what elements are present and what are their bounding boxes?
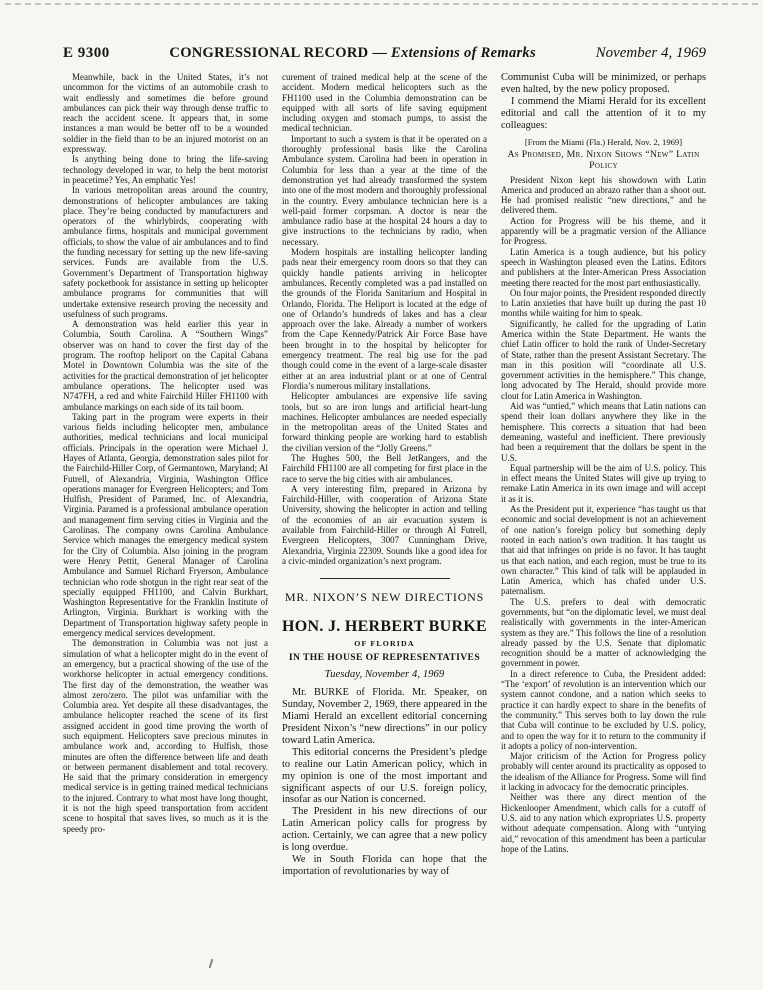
paragraph: Major criticism of the Action for Progre…	[501, 751, 706, 792]
paragraph: A demonstration was held earlier this ye…	[63, 319, 268, 412]
editorial-headline: As Promised, Mr. Nixon Shows “New” Latin…	[507, 149, 700, 171]
paragraph: I commend the Miami Herald for its excel…	[501, 96, 706, 132]
column-1: Meanwhile, back in the United States, it…	[63, 72, 268, 834]
paragraph: President Nixon kept his showdown with L…	[501, 175, 706, 216]
article-heading: MR. NIXON’S NEW DIRECTIONS	[282, 590, 487, 605]
paragraph: In various metropolitan areas around the…	[63, 185, 268, 319]
helicopter-article-continued: curement of trained medical help at the …	[282, 72, 487, 566]
section-title: Extensions of Remarks	[391, 45, 536, 61]
scan-artifact-mark	[209, 959, 214, 968]
sitting-date: Tuesday, November 4, 1969	[282, 668, 487, 680]
burke-statement-continued: Communist Cuba will be minimized, or per…	[501, 72, 706, 132]
congressional-record-page: E 9300 CONGRESSIONAL RECORD — Extensions…	[0, 0, 763, 990]
paragraph: We in South Florida can hope that the im…	[282, 854, 487, 878]
masthead-dash: —	[368, 45, 391, 61]
scan-artifact-dashed-line	[5, 3, 758, 5]
paragraph: Latin America is a tough audience, but h…	[501, 247, 706, 288]
paragraph: curement of trained medical help at the …	[282, 72, 487, 134]
paragraph: Important to such a system is that it be…	[282, 134, 487, 247]
column-3: Communist Cuba will be minimized, or per…	[501, 72, 706, 854]
record-title: CONGRESSIONAL RECORD	[169, 45, 368, 61]
speaker-state: OF FLORIDA	[282, 639, 487, 648]
paragraph: Neither was there any direct mention of …	[501, 792, 706, 854]
paragraph: Mr. BURKE of Florida. Mr. Speaker, on Su…	[282, 687, 487, 747]
paragraph: The U.S. prefers to deal with democratic…	[501, 597, 706, 669]
paragraph: Taking part in the program were experts …	[63, 412, 268, 639]
chamber-line: IN THE HOUSE OF REPRESENTATIVES	[282, 652, 487, 663]
article-divider-rule	[320, 578, 450, 579]
paragraph: The demonstration in Columbia was not ju…	[63, 638, 268, 834]
speaker-name: HON. J. HERBERT BURKE	[282, 618, 487, 636]
editorial-source-line: [From the Miami (Fla.) Herald, Nov. 2, 1…	[501, 137, 706, 147]
column-2: curement of trained medical help at the …	[282, 72, 487, 878]
issue-date: November 4, 1969	[596, 45, 706, 62]
masthead: CONGRESSIONAL RECORD — Extensions of Rem…	[110, 45, 596, 62]
page-header: E 9300 CONGRESSIONAL RECORD — Extensions…	[0, 0, 763, 72]
three-column-text-block: Meanwhile, back in the United States, it…	[0, 72, 763, 878]
paragraph: The Hughes 500, the Bell JetRangers, and…	[282, 453, 487, 484]
paragraph: Meanwhile, back in the United States, it…	[63, 72, 268, 154]
paragraph: This editorial concerns the President’s …	[282, 747, 487, 807]
paragraph: Equal partnership will be the aim of U.S…	[501, 463, 706, 504]
paragraph: Action for Progress will be his theme, a…	[501, 216, 706, 247]
paragraph: As the President put it, experience “has…	[501, 504, 706, 597]
paragraph: Is anything being done to bring the life…	[63, 154, 268, 185]
paragraph: A very interesting film, prepared in Ari…	[282, 484, 487, 566]
editorial-body: President Nixon kept his showdown with L…	[501, 175, 706, 855]
paragraph: Significantly, he called for the upgradi…	[501, 319, 706, 401]
paragraph: In a direct reference to Cuba, the Presi…	[501, 669, 706, 751]
paragraph: Communist Cuba will be minimized, or per…	[501, 72, 706, 96]
paragraph: Helicopter ambulances are expensive life…	[282, 391, 487, 453]
paragraph: Aid was “untied,” which means that Latin…	[501, 401, 706, 463]
page-number: E 9300	[63, 45, 110, 62]
paragraph: Modern hospitals are installing helicopt…	[282, 247, 487, 391]
paragraph: On four major points, the President resp…	[501, 288, 706, 319]
burke-statement: Mr. BURKE of Florida. Mr. Speaker, on Su…	[282, 687, 487, 878]
paragraph: The President in his new directions of o…	[282, 806, 487, 854]
